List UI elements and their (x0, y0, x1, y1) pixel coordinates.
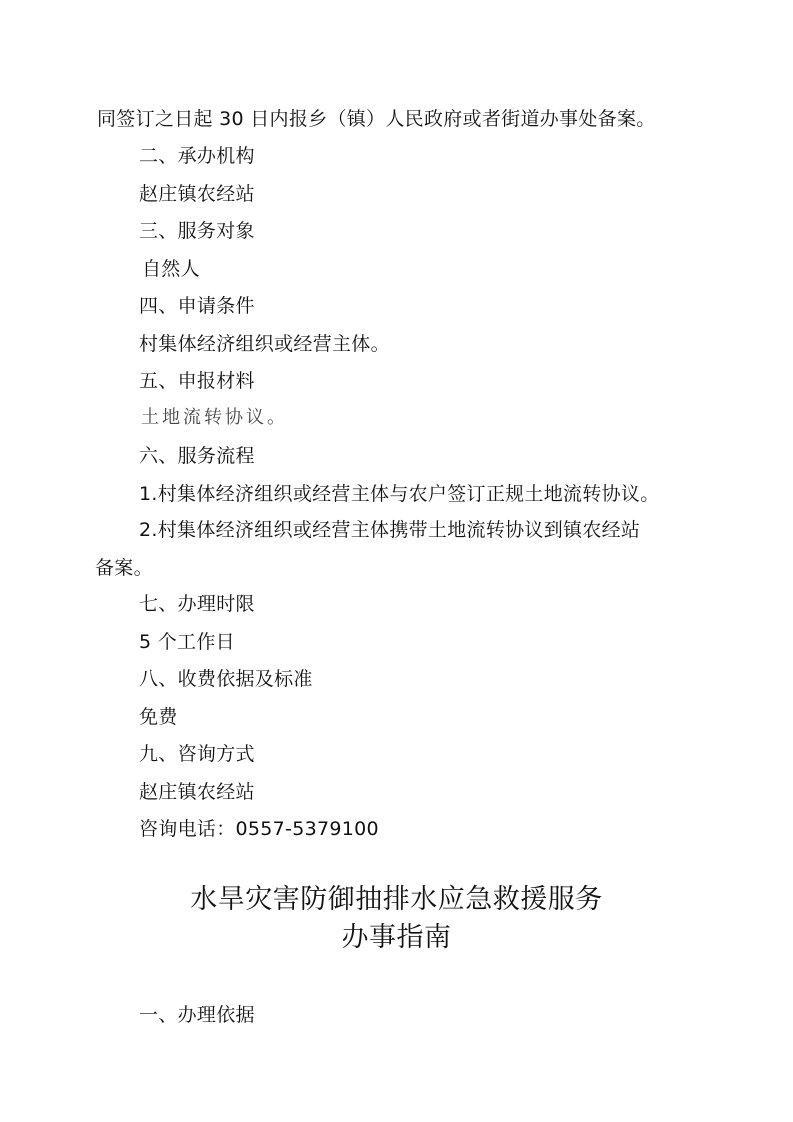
continuation-text: 同签订之日起 30 日内报乡（镇）人民政府或者街道办事处备案。 (97, 107, 656, 131)
section-content-consultation: 赵庄镇农经站 (139, 780, 255, 804)
section-content-agency: 赵庄镇农经站 (139, 182, 255, 206)
section-heading-process: 六、服务流程 (139, 444, 255, 468)
section-heading-fees: 八、收费依据及标准 (139, 667, 313, 691)
section-content-materials: 土地流转协议。 (141, 406, 288, 430)
section-heading-conditions: 四、申请条件 (139, 294, 255, 318)
guide-title-line1: 水旱灾害防御抽排水应急救援服务 (0, 883, 793, 917)
process-step-2-continued: 备案。 (95, 556, 153, 580)
section-heading-materials: 五、申报材料 (139, 369, 255, 393)
section-content-fees: 免费 (139, 705, 178, 729)
guide-title-line2: 办事指南 (0, 921, 793, 955)
section-content-conditions: 村集体经济组织或经营主体。 (139, 332, 390, 356)
section-heading-basis: 一、办理依据 (139, 1003, 255, 1027)
section-heading-agency: 二、承办机构 (139, 144, 255, 168)
section-heading-service-target: 三、服务对象 (139, 219, 255, 243)
process-step-2: 2.村集体经济组织或经营主体携带土地流转协议到镇农经站 (139, 518, 640, 542)
section-heading-time-limit: 七、办理时限 (139, 592, 255, 616)
process-step-1: 1.村集体经济组织或经营主体与农户签订正规土地流转协议。 (139, 482, 660, 506)
section-heading-consultation: 九、咨询方式 (139, 742, 255, 766)
section-content-service-target: 自然人 (142, 257, 200, 281)
section-content-time-limit: 5 个工作日 (139, 630, 235, 654)
consultation-phone: 咨询电话：0557-5379100 (139, 817, 379, 841)
